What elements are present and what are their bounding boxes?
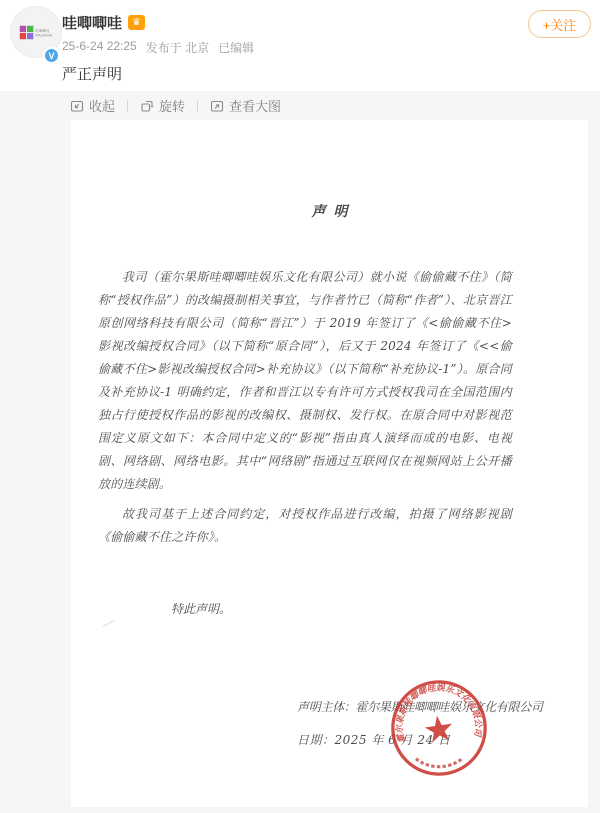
logo-squares (20, 25, 34, 39)
post-text: 严正声明 (62, 63, 122, 84)
view-large-button[interactable]: 查看大图 (210, 96, 281, 115)
document-title: 声明 (71, 201, 588, 221)
avatar-text: 哇唧唧哇 WAJIJIWA (35, 28, 52, 37)
collapse-icon (70, 99, 84, 113)
rotate-icon (140, 99, 154, 113)
logo-square (27, 32, 33, 38)
document-paragraph-1: 我司（霍尔果斯哇唧唧哇娱乐文化有限公司）就小说《偷偷藏不住》（简称“授权作品”）… (98, 266, 512, 496)
post-meta: 25-6-24 22:25 发布于 北京 已编辑 (62, 39, 254, 56)
document-closing: 特此声明。 (171, 600, 231, 617)
toolbar-divider (127, 100, 128, 112)
logo-square (27, 25, 33, 31)
post-source: 发布于 北京 (146, 39, 209, 56)
statement-document-image[interactable]: 声明 我司（霍尔果斯哇唧唧哇娱乐文化有限公司）就小说《偷偷藏不住》（简称“授权作… (71, 120, 588, 807)
rotate-label: 旋转 (159, 96, 185, 115)
verified-badge-icon: V (43, 47, 60, 64)
collapse-label: 收起 (89, 96, 115, 115)
follow-button[interactable]: +关注 (528, 10, 591, 38)
toolbar-divider (197, 100, 198, 112)
post-time: 25-6-24 22:25 (62, 39, 137, 56)
membership-crown-icon: ♛ (128, 15, 145, 30)
rotate-button[interactable]: 旋转 (140, 96, 185, 115)
avatar-text-line1: 哇唧唧哇 (35, 28, 52, 33)
image-toolbar: 收起 旋转 查看大图 (0, 91, 600, 120)
post-header: 哇唧唧哇 WAJIJIWA V 哇唧唧哇 ♛ 25-6-24 22:25 发布于… (0, 0, 600, 91)
collapse-button[interactable]: 收起 (70, 96, 115, 115)
seal-star-icon (423, 714, 454, 744)
view-large-icon (210, 99, 224, 113)
company-seal: 霍尔果斯哇唧唧哇娱乐文化有限公司 (389, 678, 489, 778)
avatar-text-line2: WAJIJIWA (35, 32, 52, 37)
scan-artifact-mark (103, 620, 115, 627)
username[interactable]: 哇唧唧哇 (62, 12, 122, 33)
avatar-logo: 哇唧唧哇 WAJIJIWA (20, 25, 52, 39)
post-edited-flag: 已编辑 (218, 39, 254, 56)
document-paragraph-2: 故我司基于上述合同约定，对授权作品进行改编，拍摄了网络影视剧《偷偷藏不住之许你》… (98, 503, 512, 549)
view-large-label: 查看大图 (229, 96, 281, 115)
seal-script-marks (416, 759, 462, 767)
name-row: 哇唧唧哇 ♛ (62, 12, 145, 33)
logo-square (20, 25, 26, 31)
logo-square (20, 32, 26, 38)
image-area: 声明 我司（霍尔果斯哇唧唧哇娱乐文化有限公司）就小说《偷偷藏不住》（简称“授权作… (0, 120, 600, 813)
